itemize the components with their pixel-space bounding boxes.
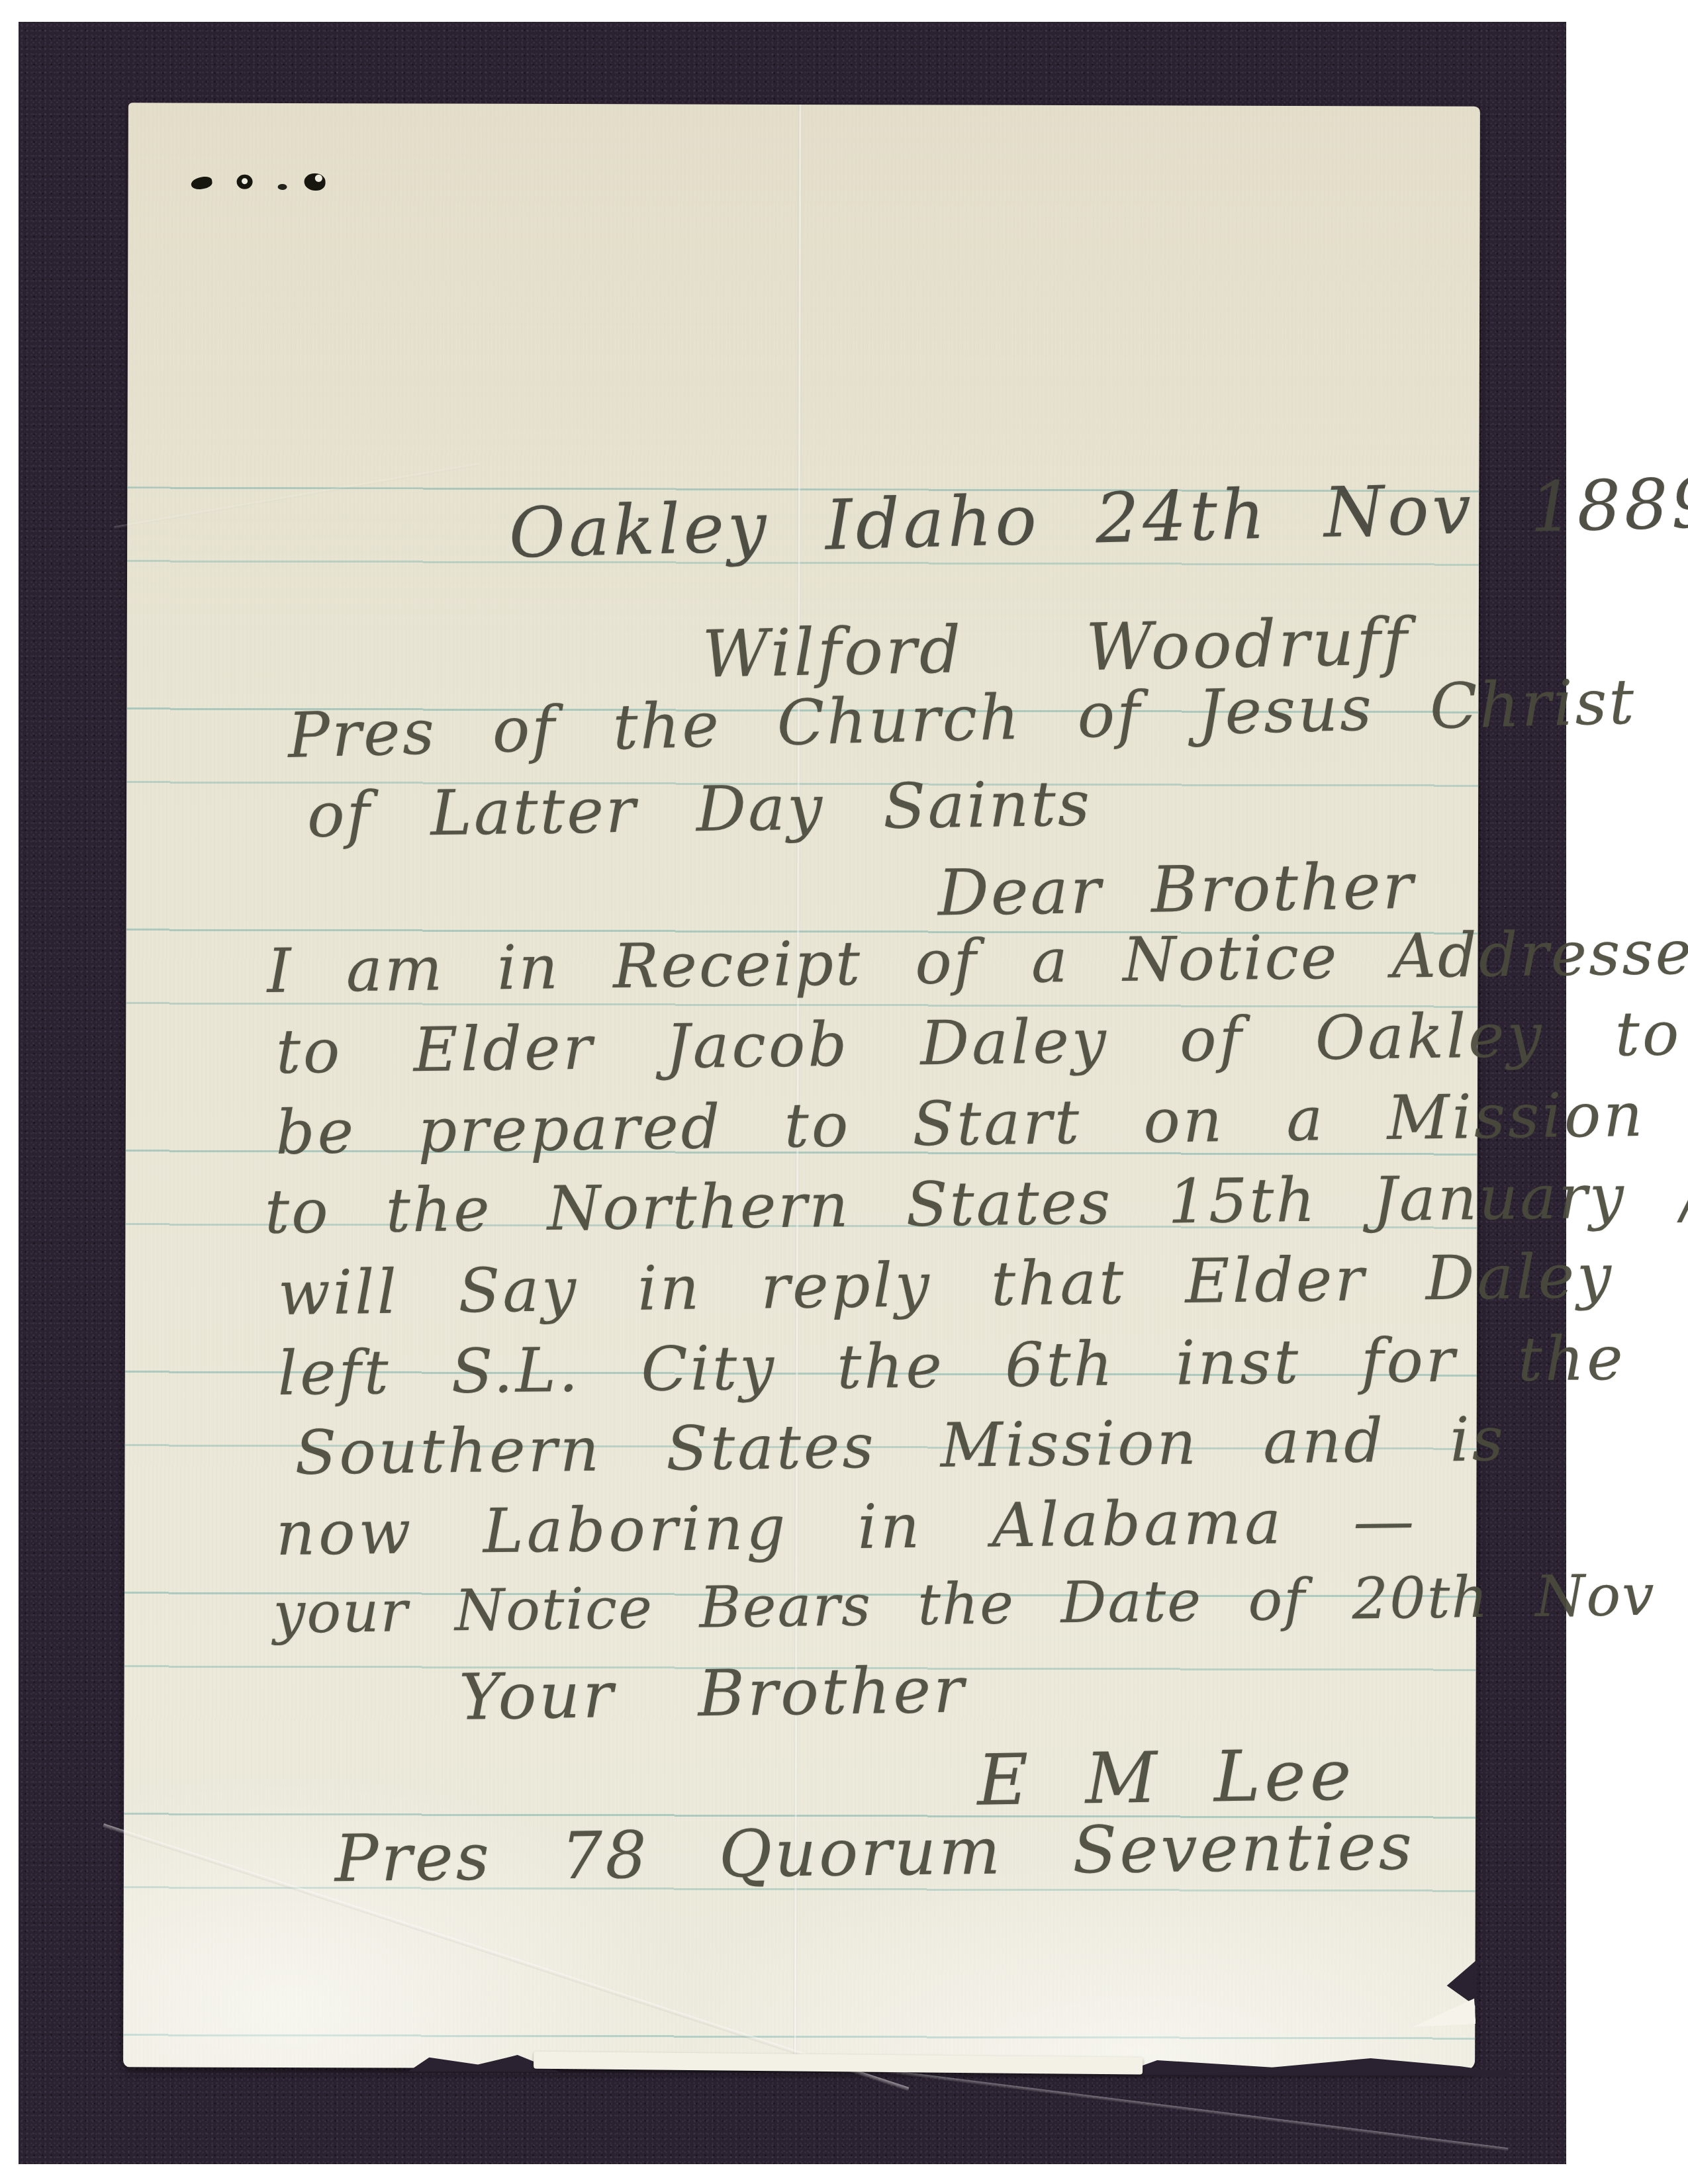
ink-mark	[305, 173, 326, 191]
letter-signer-title: Pres 78 Quorum Seventies	[334, 1809, 1415, 1897]
letter-body-line-5: will Say in reply that Elder Daley	[277, 1241, 1614, 1329]
letter-body-line-8: now Laboring in Alabama —	[275, 1485, 1417, 1569]
letter-paper: Oakley Idaho 24th Nov 1889 Wilford Woodr…	[123, 103, 1480, 2070]
letter-closing: Your Brother	[459, 1653, 967, 1734]
ink-mark	[237, 175, 253, 189]
letter-body-line-3: be prepared to Start on a Mission	[275, 1079, 1646, 1168]
letter-body-line-6: left S.L. City the 6th inst for the	[277, 1323, 1626, 1409]
fold-crease-diagonal-right	[865, 2067, 1509, 2151]
photo-mat-background: Oakley Idaho 24th Nov 1889 Wilford Woodr…	[19, 22, 1566, 2164]
letter-body-line-9: your Notice Bears the Date of 20th Nov /…	[273, 1561, 1688, 1647]
scanned-letter-page: Oakley Idaho 24th Nov 1889 Wilford Woodr…	[0, 0, 1688, 2184]
letter-body-line-4: to the Northern States 15th January /90	[265, 1160, 1688, 1248]
letter-signature: E M Lee	[976, 1734, 1356, 1821]
letter-body-line-7: Southern States Mission and is	[295, 1404, 1507, 1488]
fold-crease-vertical	[793, 105, 802, 2069]
ink-mark	[190, 176, 212, 191]
ink-mark	[278, 184, 287, 190]
letter-body-line-2: to Elder Jacob Daley of Oakley to	[275, 998, 1682, 1087]
letter-recipient-title-line-2: of Latter Day Saints	[306, 768, 1092, 852]
fold-crease-top-left	[114, 463, 479, 529]
paper-flap-right-edge	[1411, 1996, 1476, 2027]
letter-dateline: Oakley Idaho 24th Nov 1889	[508, 463, 1688, 574]
letter-salutation: Dear Brother	[937, 849, 1415, 931]
letter-body-line-1: I am in Receipt of a Notice Addressed	[267, 917, 1688, 1007]
paper-chip-bottom-edge	[1116, 2054, 1526, 2076]
paper-flap-bottom-edge	[534, 2052, 1143, 2075]
